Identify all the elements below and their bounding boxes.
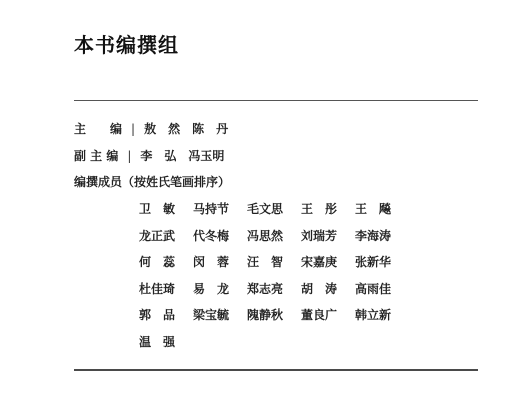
member-name: 王 飚 xyxy=(355,200,409,227)
separator: | xyxy=(127,149,131,163)
bottom-divider xyxy=(74,369,478,371)
member-name: 郑志亮 xyxy=(247,280,301,307)
member-name: 刘瑞芳 xyxy=(301,227,355,254)
member-name: 张新华 xyxy=(355,253,409,280)
member-name: 龙正武 xyxy=(139,227,193,254)
top-divider xyxy=(74,100,478,101)
member-name: 宋嘉庚 xyxy=(301,253,355,280)
separator: | xyxy=(131,122,135,136)
member-name: 冯思然 xyxy=(247,227,301,254)
deputy-editor-names: 李 弘 冯玉明 xyxy=(140,147,224,164)
member-name: 易 龙 xyxy=(193,280,247,307)
member-name: 毛文思 xyxy=(247,200,301,227)
page-title: 本书编撰组 xyxy=(74,29,179,58)
member-name: 胡 涛 xyxy=(301,280,355,307)
member-name: 高雨佳 xyxy=(355,280,409,307)
editor-in-chief-line: 主 编|敖 然 陈 丹 xyxy=(74,120,228,137)
member-name: 汪 智 xyxy=(247,253,301,280)
editor-in-chief-names: 敖 然 陈 丹 xyxy=(144,120,228,137)
members-heading: 编撰成员（按姓氏笔画排序） xyxy=(74,173,230,190)
member-name: 郭 品 xyxy=(139,306,193,333)
member-name: 梁宝毓 xyxy=(193,306,247,333)
member-name: 代冬梅 xyxy=(193,227,247,254)
deputy-editor-label: 副 主 编 xyxy=(74,147,118,164)
member-name: 董良广 xyxy=(301,306,355,333)
members-grid: 卫 敏 马持节 毛文思 王 彤 王 飚 龙正武 代冬梅 冯思然 刘瑞芳 李海涛 … xyxy=(139,200,409,360)
member-name: 韩立新 xyxy=(355,306,409,333)
editor-in-chief-label: 主 编 xyxy=(74,120,122,137)
member-name: 马持节 xyxy=(193,200,247,227)
member-name: 温 强 xyxy=(139,333,193,360)
deputy-editor-line: 副 主 编|李 弘 冯玉明 xyxy=(74,147,224,164)
member-name: 杜佳琦 xyxy=(139,280,193,307)
member-name: 闵 蓉 xyxy=(193,253,247,280)
member-name: 王 彤 xyxy=(301,200,355,227)
member-name: 李海涛 xyxy=(355,227,409,254)
member-name: 卫 敏 xyxy=(139,200,193,227)
member-name: 何 蕊 xyxy=(139,253,193,280)
member-name: 隗静秋 xyxy=(247,306,301,333)
